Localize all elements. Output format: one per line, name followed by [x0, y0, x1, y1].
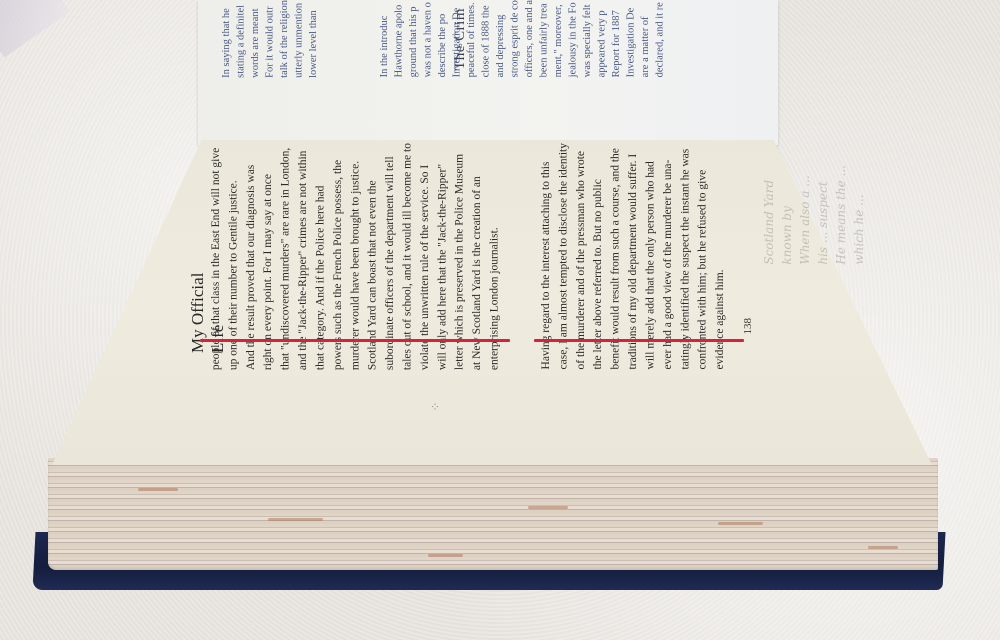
text-line: lower level than [307, 0, 322, 78]
text-line: traditions of my old department would su… [625, 143, 642, 369]
text-line: will only add here that the "Jack-the-Ri… [434, 143, 451, 370]
text-line: and depressing [494, 0, 509, 77]
text-line: evidence against him. [712, 143, 729, 369]
text-line: Hawthorne apolo [393, 0, 408, 77]
note-line: known by [778, 165, 796, 265]
text-line: peaceful of times. [465, 0, 480, 77]
text-line: will merely add that the only person who… [642, 143, 659, 369]
text-line: close of 1888 the [480, 0, 495, 77]
text-line: Investigation De [451, 0, 466, 77]
text-line: up one of their number to Gentile justic… [225, 143, 242, 370]
page-number: 138 [742, 318, 754, 335]
text-line: that "undiscovered murders" are rare in … [278, 143, 295, 370]
text-line: ever had a good view of the murderer be … [660, 143, 677, 369]
text-line: officers, one and a [523, 0, 538, 77]
text-line: talk of the religion [278, 0, 293, 78]
facing-page-right-column: In the introduc Hawthorne apolo ground t… [378, 0, 668, 77]
facing-page-left-column: In saying that he stating a definitel wo… [220, 0, 322, 78]
foxing-stain [718, 522, 763, 525]
text-line: utterly unmention [293, 0, 308, 78]
text-line: the letter above referred to. But no pub… [590, 143, 607, 369]
note-line: When also a ... [796, 165, 814, 265]
ink-smudge: ⁘ [430, 400, 444, 414]
text-line: of the murderer and of the pressman who … [573, 143, 590, 369]
text-line: describe the po [436, 0, 451, 77]
foxing-stain [138, 488, 178, 491]
text-line: benefit would result from such a course,… [608, 143, 625, 369]
foxing-stain [268, 518, 323, 521]
text-line: letter which is preserved in the Police … [452, 143, 469, 370]
text-line: violate the unwritten rule of the servic… [417, 143, 434, 370]
text-line: For it would outr [264, 0, 279, 78]
text-line: and the "Jack-the-Ripper" crimes are not… [295, 143, 312, 370]
text-line: ment," moreover, [552, 0, 567, 77]
text-line: subordinate officers of the department w… [382, 143, 399, 370]
text-line: Scotland Yard can boast that not even th… [365, 143, 382, 370]
text-line: case, I am almost tempted to disclose th… [555, 143, 572, 369]
note-line: his ... suspect [814, 165, 832, 265]
foxing-stain [528, 506, 568, 509]
text-line: was specially felt [581, 0, 596, 77]
note-line: which he ... [850, 165, 868, 265]
red-underline-mark [534, 339, 744, 342]
text-line: powers such as the French Police possess… [330, 143, 347, 370]
text-line: And the result proved that our diagnosis… [243, 143, 260, 370]
text-line: confronted with him; but he refused to g… [695, 143, 712, 369]
text-line: In the introduc [378, 0, 393, 77]
text-line: right on every point. For I may say at o… [260, 143, 277, 370]
facing-page: The Crim In saying that he stating a def… [198, 0, 778, 145]
text-line: words are meant [249, 0, 264, 78]
text-line: jealousy in the Fo [567, 0, 582, 77]
text-line: declared, and it re [654, 0, 669, 77]
foxing-stain [428, 554, 463, 557]
note-line: Scotland Yard [760, 165, 778, 265]
text-line: Report for 1887 [610, 0, 625, 77]
text-line: tales out of school, and it would ill be… [399, 143, 416, 370]
text-line: was not a haven o [422, 0, 437, 77]
text-line: strong esprit de co [509, 0, 524, 77]
text-line: appeared very p [596, 0, 611, 77]
text-line: been unfairly trea [538, 0, 553, 77]
page-text: My Official Life people of that class in… [186, 143, 746, 353]
text-line: ground that his p [407, 0, 422, 77]
text-line: at New Scotland Yard is the creation of … [469, 143, 486, 370]
text-line: Having regard to the interest attaching … [538, 143, 555, 369]
text-column-2: Having regard to the interest attaching … [538, 143, 729, 369]
red-underline-mark [200, 339, 510, 342]
text-line: murderer would have been brought to just… [347, 143, 364, 370]
text-line: tatingly identified the suspect the inst… [677, 143, 694, 369]
foxing-stain [868, 546, 898, 549]
text-line: that category. And if the Police here ha… [312, 143, 329, 370]
text-column-1: people of that class in the East End wil… [208, 143, 504, 370]
page-edges [48, 458, 938, 570]
text-line: are a matter of [639, 0, 654, 77]
text-line: enterprising London journalist. [487, 143, 504, 370]
note-line: He means the ... [832, 165, 850, 265]
text-line: In saying that he [220, 0, 235, 78]
text-line: people of that class in the East End wil… [208, 143, 225, 370]
text-line: Investigation De [625, 0, 640, 77]
text-line: stating a definitel [235, 0, 250, 78]
handwritten-note: Scotland Yard known by When also a ... h… [760, 165, 868, 265]
